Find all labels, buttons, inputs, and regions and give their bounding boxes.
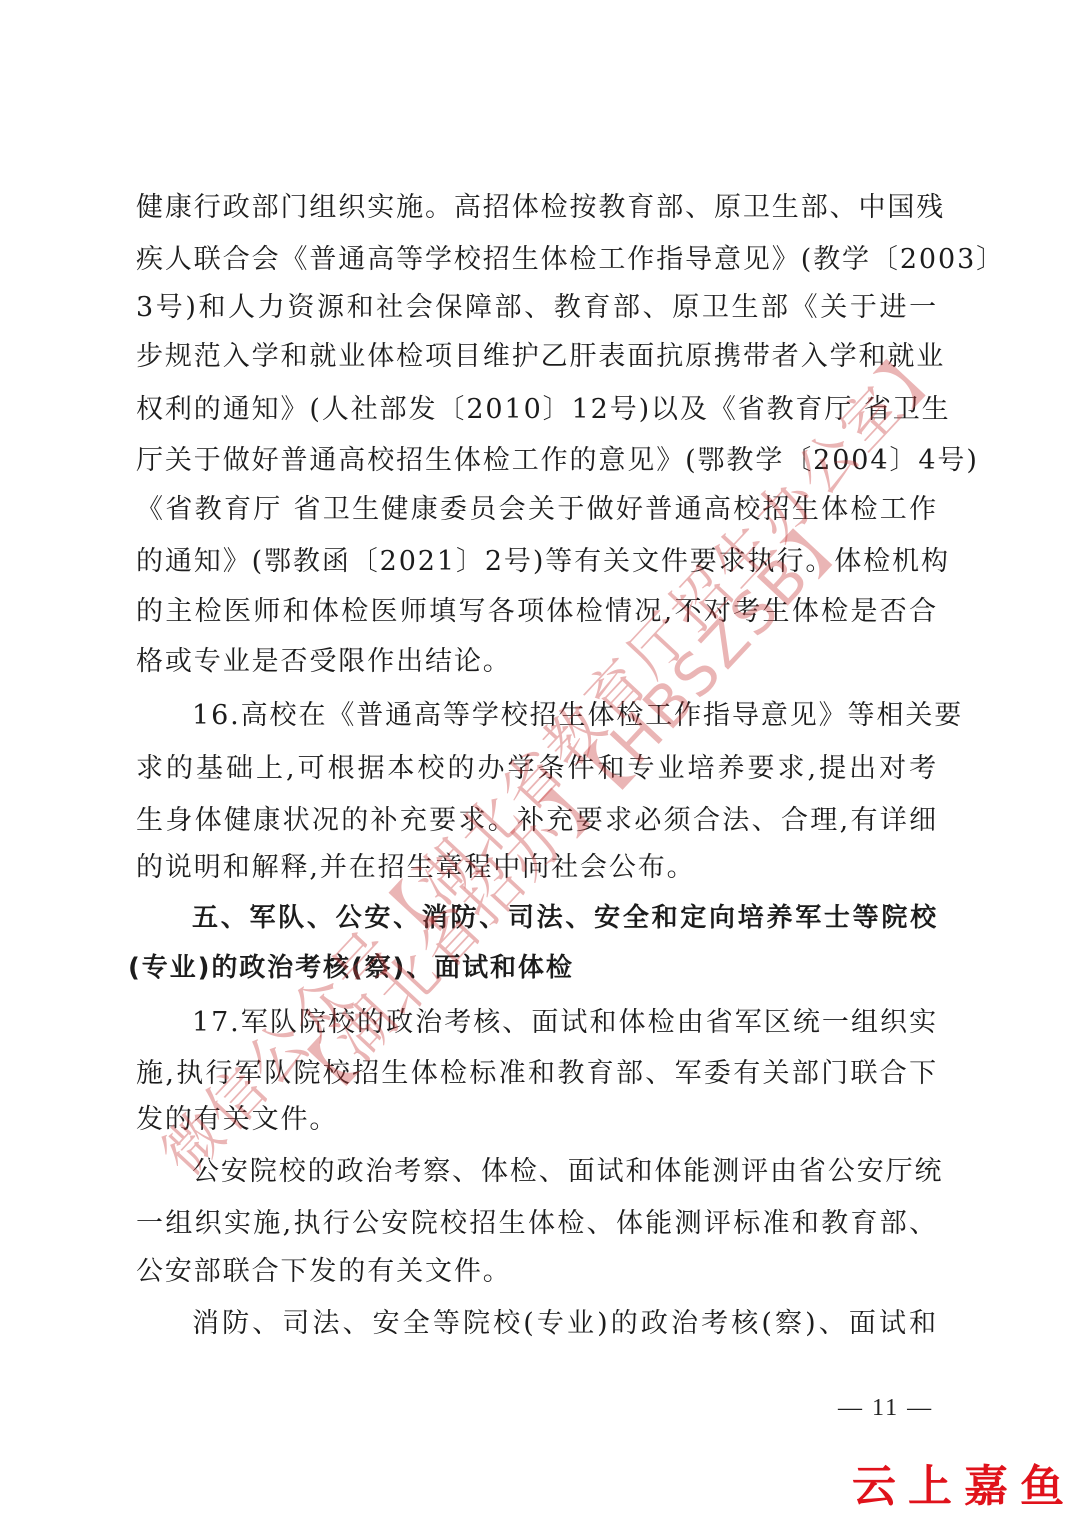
text-line: 3号)和人力资源和社会保障部、教育部、原卫生部《关于进一 bbox=[136, 291, 938, 325]
text-line: 发的有关文件。 bbox=[136, 1103, 938, 1137]
page-number: — 11 — bbox=[838, 1395, 933, 1422]
text-line: 的主检医师和体检医师填写各项体检情况,不对考生体检是否合 bbox=[136, 595, 938, 629]
text-line: 求的基础上,可根据本校的办学条件和专业培养要求,提出对考 bbox=[136, 752, 938, 786]
text-line: 权利的通知》(人社部发〔2010〕12号)以及《省教育厅 省卫生 bbox=[136, 393, 938, 427]
text-line: 的说明和解释,并在招生章程中向社会公布。 bbox=[136, 851, 938, 885]
text-line: 厅关于做好普通高校招生体检工作的意见》(鄂教学〔2004〕4号) bbox=[136, 444, 938, 478]
text-line: 一组织实施,执行公安院校招生体检、体能测评标准和教育部、 bbox=[136, 1207, 938, 1241]
document-page: 健康行政部门组织实施。高招体检按教育部、原卫生部、中国残 疾人联合会《普通高等学… bbox=[0, 0, 1080, 1527]
text-line: 公安部联合下发的有关文件。 bbox=[136, 1255, 938, 1289]
heading-line: 五、军队、公安、消防、司法、安全和定向培养军士等院校 bbox=[192, 901, 938, 935]
text-line: 的通知》(鄂教函〔2021〕2号)等有关文件要求执行。体检机构 bbox=[136, 545, 938, 579]
brand-stamp-logo: 云上嘉鱼 bbox=[852, 1450, 1076, 1514]
text-line: 生身体健康状况的补充要求。补充要求必须合法、合理,有详细 bbox=[136, 804, 938, 838]
text-line: 疾人联合会《普通高等学校招生体检工作指导意见》(教学〔2003〕 bbox=[136, 243, 938, 277]
text-line: 《省教育厅 省卫生健康委员会关于做好普通高校招生体检工作 bbox=[136, 493, 938, 527]
text-line: 17.军队院校的政治考核、面试和体检由省军区统一组织实 bbox=[192, 1006, 938, 1040]
text-line: 16.高校在《普通高等学校招生体检工作指导意见》等相关要 bbox=[192, 699, 938, 733]
text-line: 公安院校的政治考察、体检、面试和体能测评由省公安厅统 bbox=[192, 1155, 938, 1189]
text-line: 施,执行军队院校招生体检标准和教育部、军委有关部门联合下 bbox=[136, 1057, 938, 1091]
text-line: 格或专业是否受限作出结论。 bbox=[136, 645, 938, 679]
text-line: 消防、司法、安全等院校(专业)的政治考核(察)、面试和 bbox=[192, 1307, 938, 1341]
text-line: 健康行政部门组织实施。高招体检按教育部、原卫生部、中国残 bbox=[136, 191, 938, 225]
text-line: 步规范入学和就业体检项目维护乙肝表面抗原携带者入学和就业 bbox=[136, 340, 938, 374]
heading-line: (专业)的政治考核(察)、面试和体检 bbox=[128, 951, 930, 985]
